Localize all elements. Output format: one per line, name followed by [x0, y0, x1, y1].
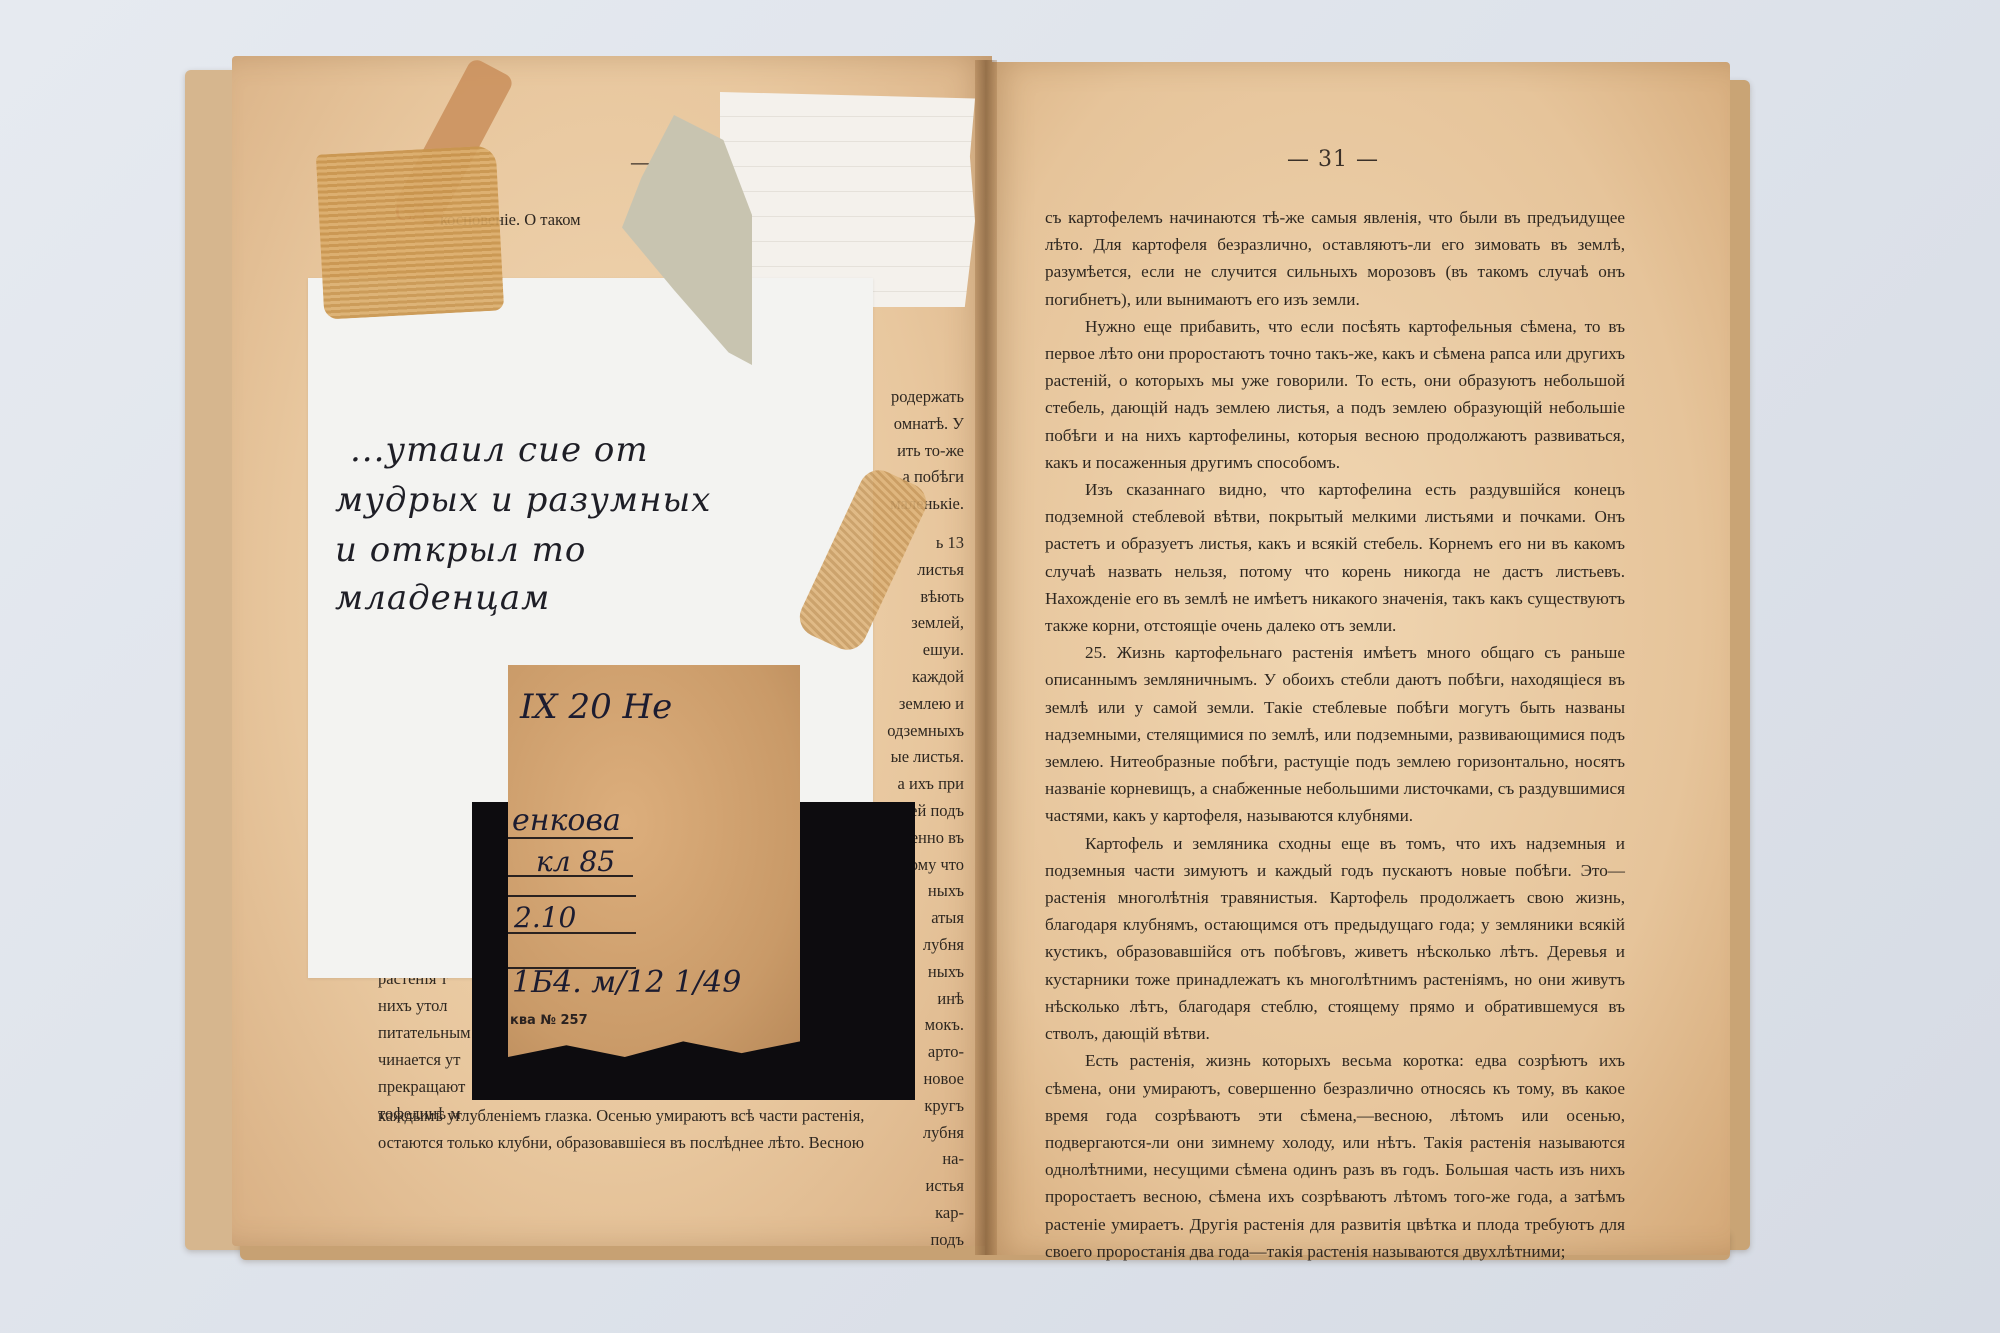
paragraph: 25. Жизнь картофельнаго растенiя имѣетъ …: [1045, 639, 1625, 829]
label-shelfmark: 1Б4. м/12 1/49: [512, 965, 741, 1000]
text-fragment: одземныхъ: [874, 718, 964, 745]
label-name: енкова: [512, 803, 621, 838]
text-fragment: каждой: [874, 664, 964, 691]
text-fragment: прекращают: [378, 1073, 471, 1100]
label-rule: [508, 875, 633, 877]
label-rule: [508, 895, 636, 897]
handwritten-line: мудрых и разумных: [335, 480, 711, 520]
text-fragment: землей,: [874, 610, 964, 637]
text-fragment: землею и: [874, 691, 964, 718]
right-page-body: съ картофелемъ начинаются тѣ-же самыя яв…: [1045, 204, 1625, 1265]
paragraph: съ картофелемъ начинаются тѣ-же самыя яв…: [1045, 204, 1625, 313]
label-code: кл 85: [536, 845, 615, 878]
left-page-bottom-text: каждымъ углубленiемъ глазка. Осенью умир…: [378, 1102, 958, 1156]
text-line: остаются только клубни, образовавшiеся в…: [378, 1129, 958, 1156]
label-printed-number: ква № 257: [510, 1013, 588, 1028]
text-line: каждымъ углубленiемъ глазка. Осенью умир…: [378, 1102, 958, 1129]
page-number: — 31 —: [1278, 147, 1388, 172]
label-rule: [508, 932, 636, 934]
label-rule: [508, 837, 633, 839]
lined-paper-scrap: [720, 92, 975, 307]
paragraph: Картофель и земляника сходны еще въ томъ…: [1045, 830, 1625, 1048]
burlap-fabric-patch: [316, 145, 504, 319]
text-fragment: омнатѣ. У: [874, 411, 964, 438]
handwritten-line: ...утаил сие от: [350, 430, 649, 470]
paragraph: Нужно еще прибавить, что если посѣять ка…: [1045, 313, 1625, 476]
text-fragment: нихъ утол: [378, 992, 471, 1019]
text-fragment: питательным: [378, 1019, 471, 1046]
label-date: IX 20 Не: [520, 687, 672, 727]
text-fragment: подъ: [874, 1227, 964, 1254]
handwritten-line: младенцам: [335, 578, 550, 618]
text-fragment: а ихъ при: [874, 771, 964, 798]
library-label: IX 20 Не енкова кл 85 2.10 1Б4. м/12 1/4…: [508, 665, 800, 1057]
text-fragment: ые листья.: [874, 744, 964, 771]
text-fragment: чинается ут: [378, 1046, 471, 1073]
label-number: 2.10: [514, 901, 576, 934]
text-fragment: родержать: [874, 384, 964, 411]
paragraph: Есть растенiя, жизнь которыхъ весьма кор…: [1045, 1047, 1625, 1265]
text-fragment: ешуи.: [874, 637, 964, 664]
book-gutter: [975, 60, 997, 1255]
paragraph: Изъ сказаннаго видно, что картофелина ес…: [1045, 476, 1625, 639]
text-fragment: истья: [874, 1173, 964, 1200]
handwritten-line: и открыл то: [335, 530, 586, 570]
text-fragment: кар-: [874, 1200, 964, 1227]
text-fragment: ить то-же: [874, 438, 964, 465]
